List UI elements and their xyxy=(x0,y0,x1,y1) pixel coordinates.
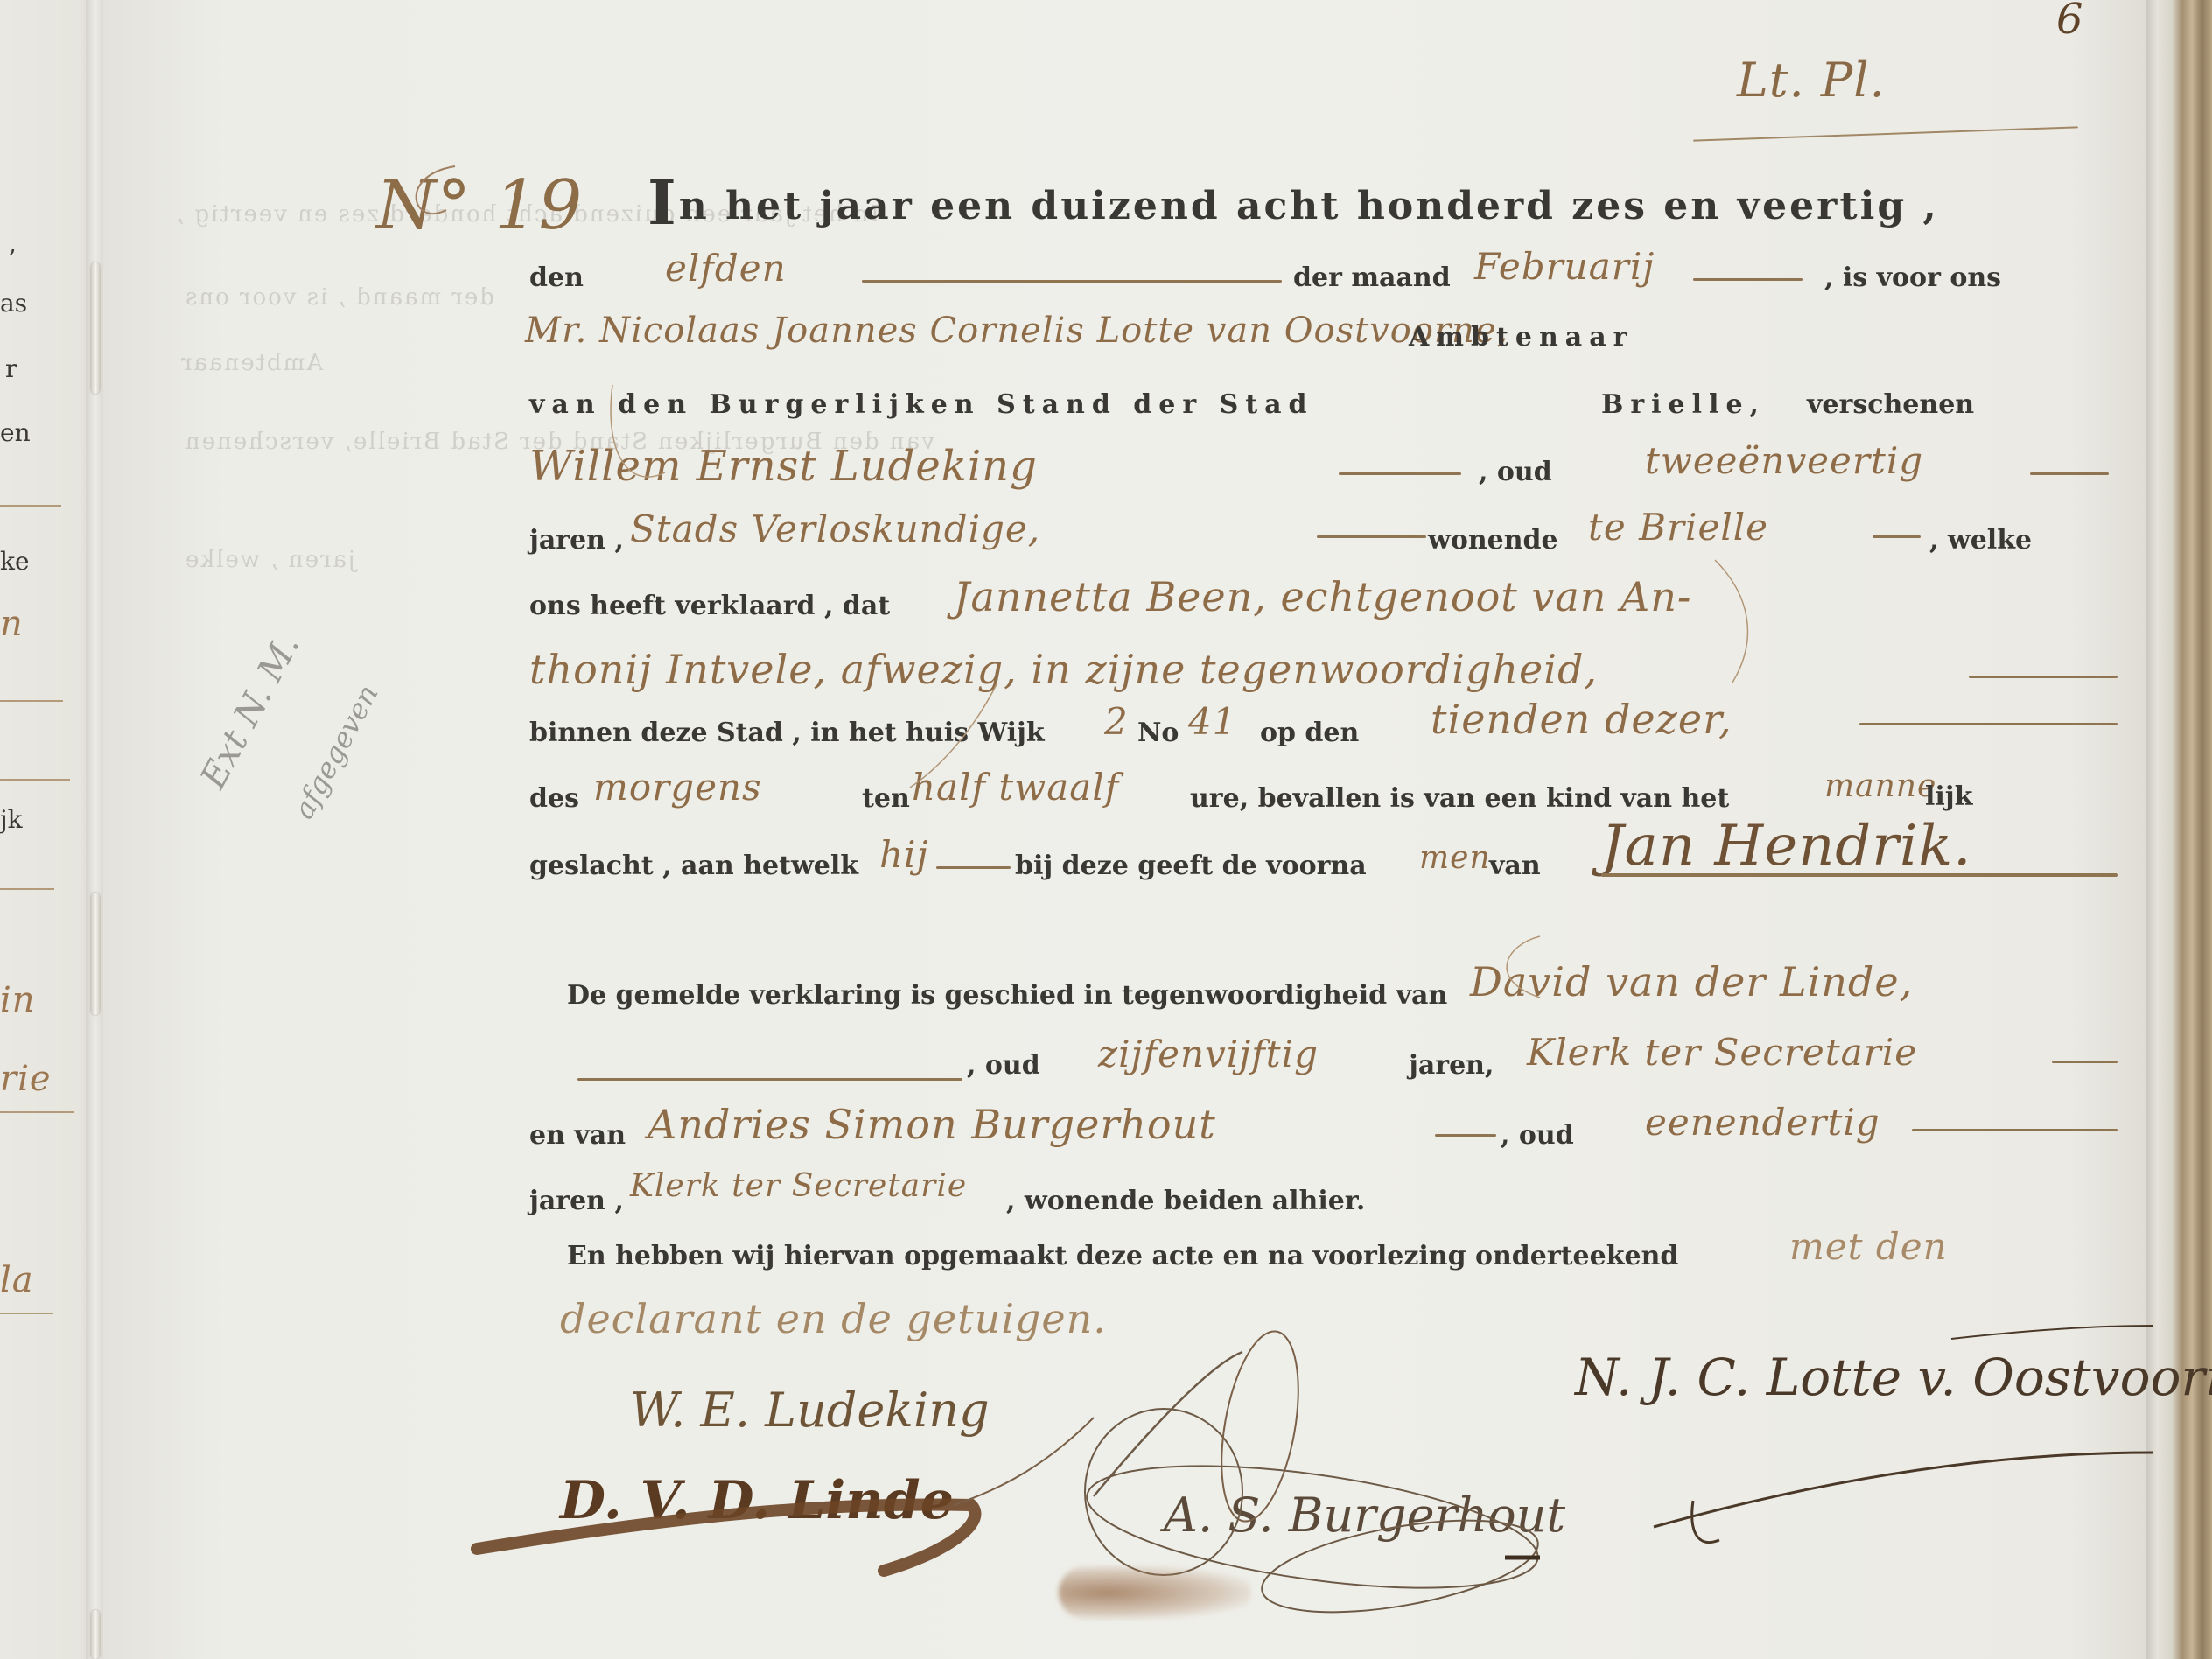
ink-stain xyxy=(1059,1566,1251,1619)
signature-flourishes xyxy=(0,0,2212,1659)
